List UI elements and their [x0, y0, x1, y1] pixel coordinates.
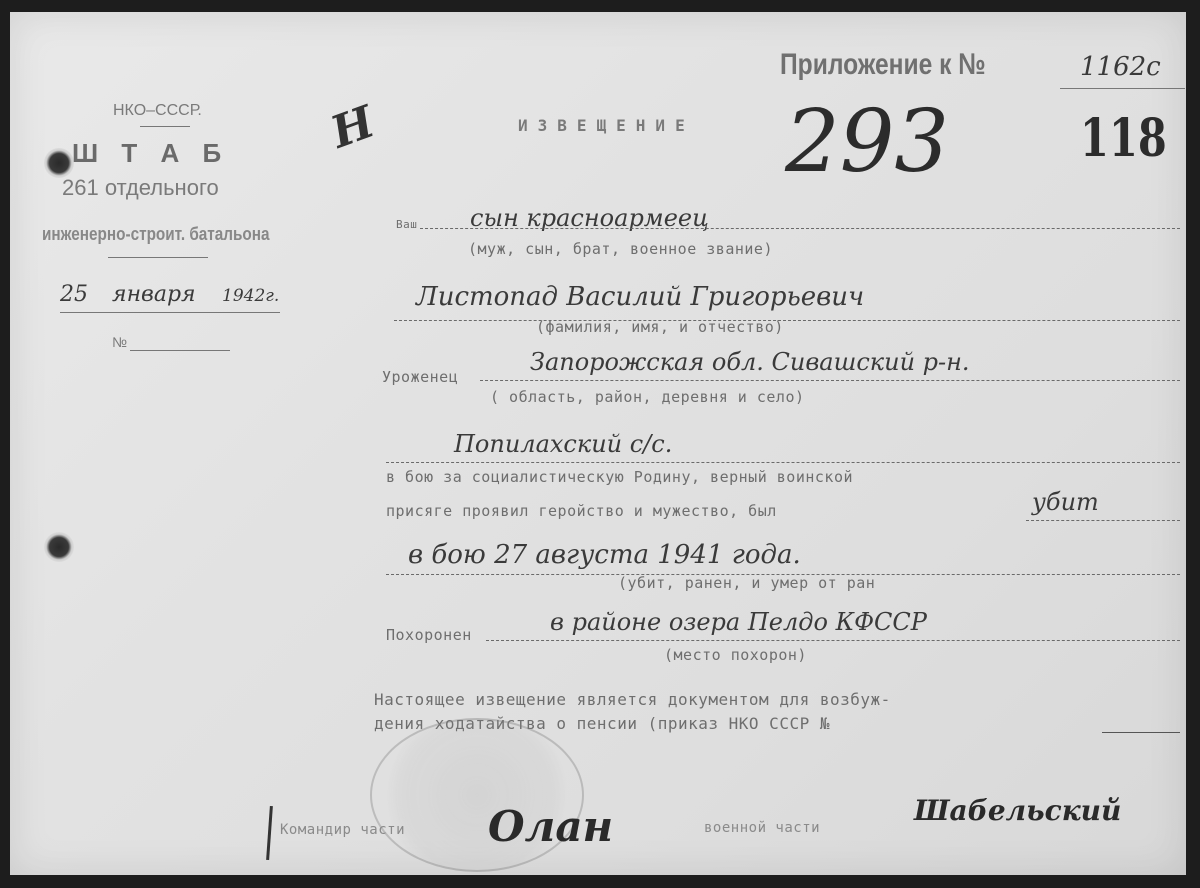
margin-stroke — [266, 806, 273, 860]
burial-label: Похоронен — [386, 626, 472, 644]
stamp-date-month: января — [112, 282, 196, 307]
body-line-1: в бою за социалистическую Родину, верный… — [386, 468, 853, 486]
name-value: Листопад Василий Григорьевич — [416, 282, 864, 312]
body-line-2: присяге проявил геройство и мужество, бы… — [386, 502, 777, 520]
appendix-number: 1162с — [1080, 52, 1161, 82]
stamp-org-underline — [140, 126, 190, 127]
burial-line — [486, 640, 1180, 641]
side-number: 118 — [1080, 108, 1167, 169]
mark-letter: Н — [325, 96, 382, 158]
document-title: ИЗВЕЩЕНИЕ — [518, 116, 695, 135]
footer-line-1: Настоящее извещение является документом … — [374, 690, 891, 709]
origin-value: Запорожская обл. Сивашский р-н. — [530, 348, 970, 376]
appendix-underline — [1060, 88, 1185, 89]
stamp-unit-line1: 261 отдельного — [62, 175, 219, 201]
stamp-number-label: № — [112, 334, 127, 350]
origin-hint: ( область, район, деревня и село) — [490, 388, 805, 406]
death-value: в бою 27 августа 1941 года. — [408, 540, 801, 570]
stamp-date-year: 1942г. — [222, 286, 279, 306]
notice-document: НКО–СССР. Ш Т А Б 261 отдельного инженер… — [10, 12, 1186, 875]
origin-line — [480, 380, 1180, 381]
stamp-unit-line2: инженерно-строит. батальона — [42, 224, 270, 245]
burial-value: в районе озера Пелдо КФССР — [550, 608, 927, 636]
recipient-prefix: Ваш — [396, 218, 417, 231]
stamp-title: Ш Т А Б — [72, 138, 229, 169]
death-hint: (убит, ранен, и умер от ран — [618, 574, 875, 592]
name-line — [394, 320, 1180, 321]
chief-label: военной части — [704, 820, 820, 836]
order-number-line — [1102, 732, 1180, 733]
big-number: 293 — [785, 92, 949, 192]
origin-label: Уроженец — [382, 368, 458, 386]
stamp-unit-underline — [108, 257, 208, 258]
recipient-line — [420, 228, 1180, 229]
commander-label: Командир части — [280, 822, 405, 838]
punch-hole-top — [44, 148, 74, 178]
chief-signature: Шабельский — [914, 794, 1121, 827]
stamp-date-day: 25 — [60, 282, 88, 307]
status-value: убит — [1032, 488, 1099, 516]
stamp-date-underline — [60, 312, 280, 313]
status-line — [1026, 520, 1180, 521]
burial-hint: (место похорон) — [664, 646, 807, 664]
appendix-label: Приложение к № — [780, 48, 986, 82]
origin-line-2 — [386, 462, 1180, 463]
stamp-number-underline — [130, 350, 230, 351]
stamp-org: НКО–СССР. — [113, 102, 202, 120]
origin-value-2: Попилахский с/с. — [454, 430, 672, 458]
punch-hole-middle — [44, 532, 74, 562]
recipient-hint: (муж, сын, брат, военное звание) — [468, 240, 773, 258]
name-hint: (фамилия, имя, и отчество) — [536, 318, 784, 336]
commander-signature: Олан — [488, 802, 613, 851]
